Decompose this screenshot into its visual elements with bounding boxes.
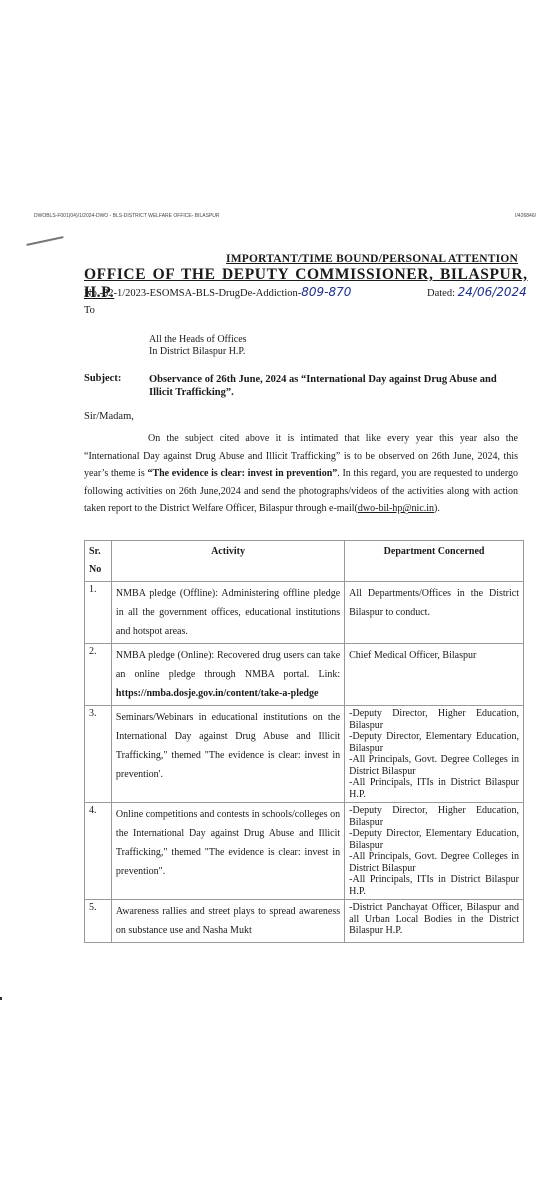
department-line: -All Principals, ITIs in District Bilasp… — [349, 874, 519, 897]
table-header-row: Sr. No Activity Department Concerned — [85, 541, 524, 582]
theme-text: “The evidence is clear: invest in preven… — [147, 468, 337, 479]
activity-text: Online competitions and contests in scho… — [116, 809, 340, 877]
row-activity: Online competitions and contests in scho… — [111, 803, 344, 900]
activity-text: Awareness rallies and street plays to sp… — [116, 906, 340, 936]
table-row: 3.Seminars/Webinars in educational insti… — [85, 706, 524, 803]
row-sr-no: 5. — [85, 900, 112, 943]
file-header-id: I/426846/ — [515, 213, 536, 219]
row-activity: Awareness rallies and street plays to sp… — [111, 900, 344, 943]
file-header-line: DWOBLS-F001(04)/1/2024-DWO - BLS-DISTRIC… — [34, 213, 220, 219]
table-row: 5.Awareness rallies and street plays to … — [85, 900, 524, 943]
date-line: Dated: 24/06/2024 — [427, 285, 527, 299]
department-line: -All Principals, ITIs in District Bilasp… — [349, 777, 519, 800]
row-activity: Seminars/Webinars in educational institu… — [111, 706, 344, 803]
para-text-3: ). — [434, 503, 440, 514]
row-department: -District Panchayat Officer, Bilaspur an… — [345, 900, 524, 943]
department-line: -All Principals, Govt. Degree Colleges i… — [349, 754, 519, 777]
activity-text: Seminars/Webinars in educational institu… — [116, 712, 340, 780]
body-paragraph: On the subject cited above it is intimat… — [84, 430, 518, 518]
subject-label: Subject: — [84, 373, 121, 384]
row-department: -Deputy Director, Higher Education, Bila… — [345, 706, 524, 803]
activity-text: NMBA pledge (Offline): Administering off… — [116, 588, 340, 637]
table-row: 4.Online competitions and contests in sc… — [85, 803, 524, 900]
to-label: To — [84, 305, 95, 316]
email-link[interactable]: dwo-bil-hp@nic.in — [358, 503, 434, 514]
activities-table: Sr. No Activity Department Concerned 1.N… — [84, 540, 524, 943]
department-line: -Deputy Director, Elementary Education, … — [349, 731, 519, 754]
row-department: Chief Medical Officer, Bilaspur — [345, 644, 524, 706]
date-handwritten: 24/06/2024 — [458, 285, 527, 299]
department-line: -Deputy Director, Higher Education, Bila… — [349, 708, 519, 731]
row-sr-no: 2. — [85, 644, 112, 706]
row-sr-no: 1. — [85, 582, 112, 644]
row-activity: NMBA pledge (Online): Recovered drug use… — [111, 644, 344, 706]
pledge-link[interactable]: https://nmba.dosje.gov.in/content/take-a… — [116, 688, 319, 699]
department-line: -All Principals, Govt. Degree Colleges i… — [349, 851, 519, 874]
header-sr-no: Sr. No — [85, 541, 112, 582]
reference-printed: No.-32-1/2023-ESOMSA-BLS-DrugDe-Addictio… — [84, 288, 301, 299]
row-department: All Departments/Offices in the District … — [345, 582, 524, 644]
header-activity: Activity — [111, 541, 344, 582]
priority-heading: IMPORTANT/TIME BOUND/PERSONAL ATTENTION — [226, 253, 518, 265]
activity-text: NMBA pledge (Online): Recovered drug use… — [116, 650, 340, 680]
header-department: Department Concerned — [345, 541, 524, 582]
reference-handwritten: 809-870 — [301, 285, 351, 299]
table-row: 1.NMBA pledge (Offline): Administering o… — [85, 582, 524, 644]
row-sr-no: 3. — [85, 706, 112, 803]
addressee-line-2: In District Bilaspur H.P. — [149, 346, 245, 357]
pen-mark — [26, 236, 64, 246]
salutation: Sir/Madam, — [84, 411, 134, 422]
reference-number: No.-32-1/2023-ESOMSA-BLS-DrugDe-Addictio… — [84, 285, 351, 299]
dated-label: Dated: — [427, 288, 455, 299]
row-department: -Deputy Director, Higher Education, Bila… — [345, 803, 524, 900]
row-sr-no: 4. — [85, 803, 112, 900]
department-line: -Deputy Director, Elementary Education, … — [349, 828, 519, 851]
table-row: 2.NMBA pledge (Online): Recovered drug u… — [85, 644, 524, 706]
addressee-line-1: All the Heads of Offices — [149, 334, 247, 345]
row-activity: NMBA pledge (Offline): Administering off… — [111, 582, 344, 644]
scan-mark — [0, 997, 2, 1000]
subject-text: Observance of 26th June, 2024 as “Intern… — [149, 373, 519, 399]
department-line: -Deputy Director, Higher Education, Bila… — [349, 805, 519, 828]
